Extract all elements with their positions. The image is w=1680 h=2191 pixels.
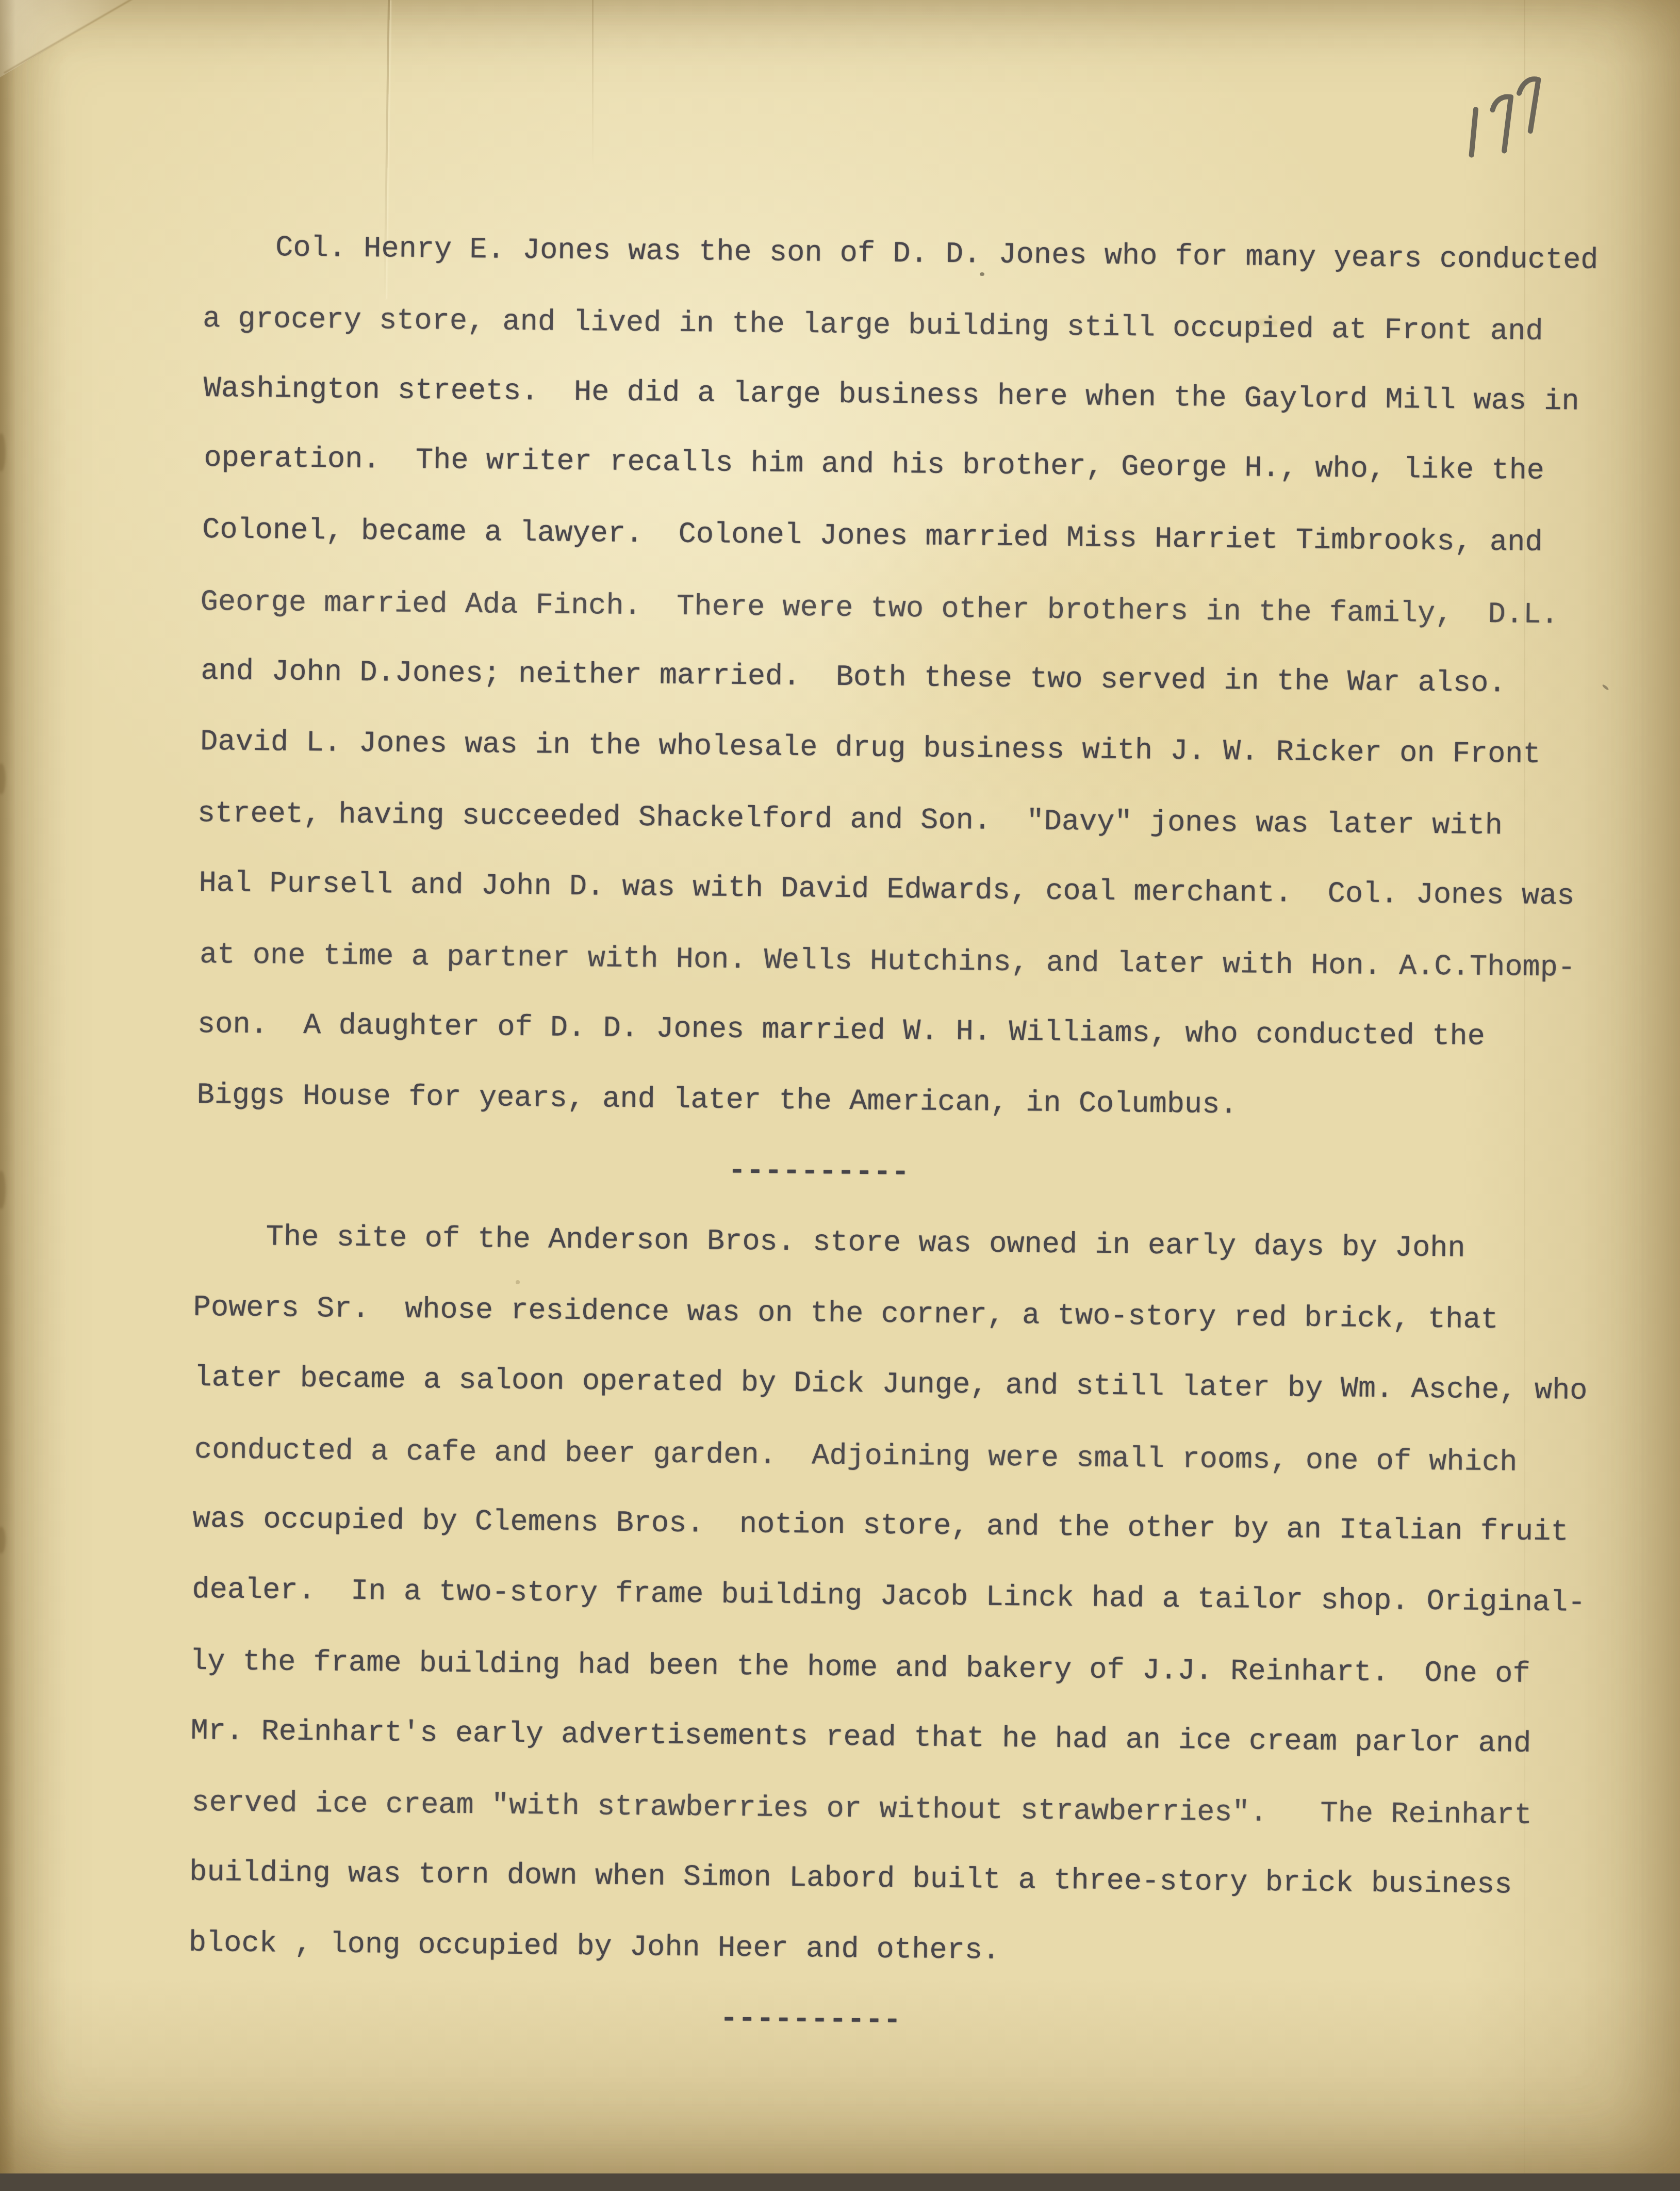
text-line: dealer. In a two-story frame building Ja… [192, 1555, 1631, 1640]
text-line: block , long occupied by John Heer and o… [188, 1908, 1627, 1993]
text-line: Biggs House for years, and later the Ame… [196, 1060, 1636, 1145]
handwritten-page-number [1446, 75, 1561, 166]
text-line: David L. Jones was in the wholesale drug… [200, 707, 1639, 792]
text-line: The site of the Anderson Bros. store was… [195, 1202, 1634, 1286]
text-line: son. A daughter of D. D. Jones married W… [197, 990, 1636, 1074]
text-line: Hal Pursell and John D. was with David E… [199, 848, 1638, 933]
text-line: Mr. Reinhart's early advertisements read… [190, 1696, 1629, 1781]
scan-background: Col. Henry E. Jones was the son of D. D.… [0, 0, 1680, 2191]
document-page: Col. Henry E. Jones was the son of D. D.… [0, 0, 1680, 2173]
text-line: Col. Henry E. Jones was the son of D. D.… [205, 212, 1644, 297]
text-line: operation. The writer recalls him and hi… [204, 423, 1643, 508]
text-line: was occupied by Clemens Bros. notion sto… [192, 1484, 1632, 1569]
dashed-separator: ---------- [196, 1131, 1635, 1216]
typed-text-block: Col. Henry E. Jones was the son of D. D.… [188, 212, 1644, 2064]
torn-left-edge [0, 0, 15, 2173]
dashed-separator: ---------- [188, 1979, 1627, 2064]
text-line: and John D.Jones; neither married. Both … [201, 636, 1640, 721]
text-line: Colonel, became a lawyer. Colonel Jones … [202, 495, 1641, 580]
text-line: building was torn down when Simon Labord… [189, 1838, 1628, 1922]
text-line: later became a saloon operated by Dick J… [194, 1343, 1633, 1428]
paper-crease [592, 0, 594, 170]
